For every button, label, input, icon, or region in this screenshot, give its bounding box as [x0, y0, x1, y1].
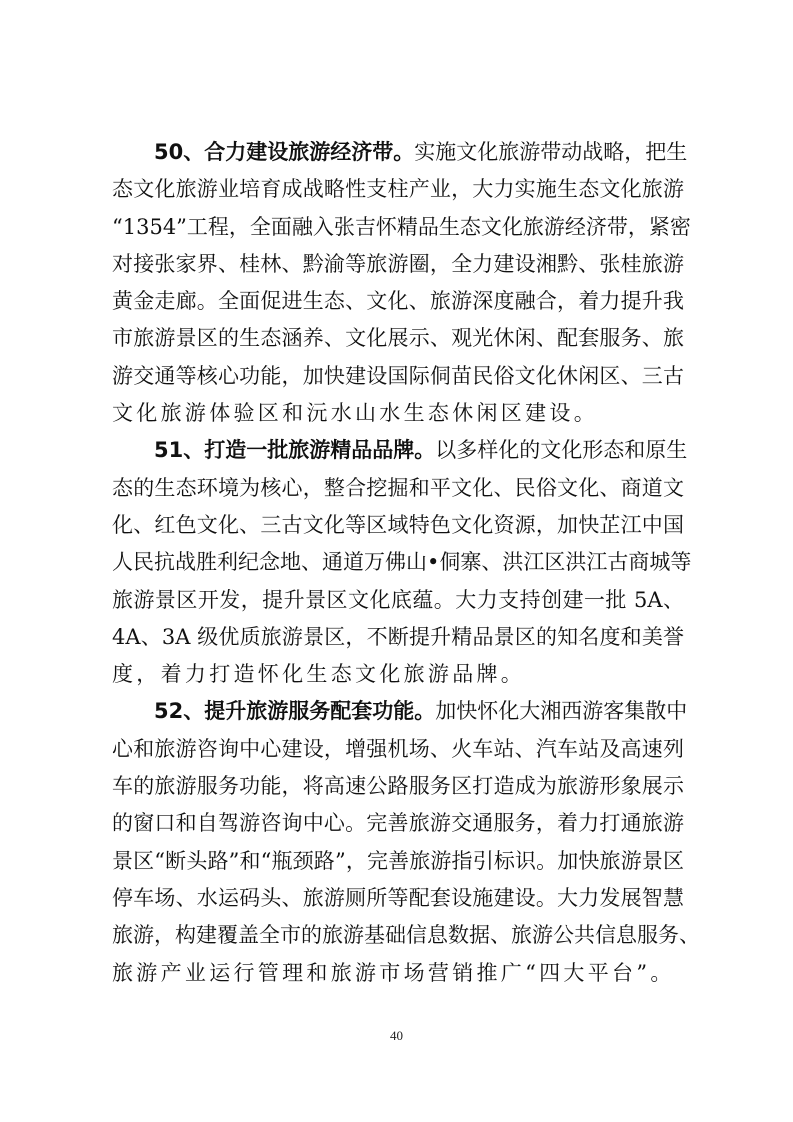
paragraph-text: 加快怀化大湘西游客集散中 — [435, 699, 687, 723]
paragraph-line: 旅游景区开发，提升景区文化底蕴。大力支持创建一批 5A、 — [112, 582, 684, 619]
paragraph-line: 态的生态环境为核心，整合挖掘和平文化、民俗文化、商道文 — [112, 470, 684, 507]
document-body: 50、合力建设旅游经济带。实施文化旅游带动战略，把生 态文化旅游业培育成战略性支… — [112, 134, 684, 992]
paragraph-line: 心和旅游咨询中心建设，增强机场、火车站、汽车站及高速列 — [112, 731, 684, 768]
paragraph-line: 人民抗战胜利纪念地、通道万佛山•侗寨、洪江区洪江古商城等 — [112, 544, 684, 581]
section-first-line: 50、合力建设旅游经济带。实施文化旅游带动战略，把生 — [112, 134, 684, 171]
paragraph-line: 度，着力打造怀化生态文化旅游品牌。 — [112, 656, 684, 693]
paragraph-line: 游交通等核心功能，加快建设国际侗苗民俗文化休闲区、三古 — [112, 358, 684, 395]
paragraph-line: 态文化旅游业培育成战略性支柱产业，大力实施生态文化旅游 — [112, 171, 684, 208]
paragraph-line: 4A、3A 级优质旅游景区，不断提升精品景区的知名度和美誉 — [112, 619, 684, 656]
paragraph-line: “1354”工程，全面融入张吉怀精品生态文化旅游经济带，紧密 — [112, 209, 684, 246]
paragraph-line: 黄金走廊。全面促进生态、文化、旅游深度融合，着力提升我 — [112, 283, 684, 320]
paragraph-text: 实施文化旅游带动战略，把生 — [414, 140, 687, 164]
section-first-line: 52、提升旅游服务配套功能。加快怀化大湘西游客集散中 — [112, 693, 684, 730]
section-52: 52、提升旅游服务配套功能。加快怀化大湘西游客集散中 心和旅游咨询中心建设，增强… — [112, 693, 684, 991]
paragraph-line: 化、红色文化、三古文化等区域特色文化资源，加快芷江中国 — [112, 507, 684, 544]
section-heading: 52、提升旅游服务配套功能。 — [154, 699, 435, 723]
paragraph-text: 以多样化的文化形态和原生 — [435, 438, 687, 462]
section-heading: 50、合力建设旅游经济带。 — [154, 140, 414, 164]
section-51: 51、打造一批旅游精品品牌。以多样化的文化形态和原生 态的生态环境为核心，整合挖… — [112, 432, 684, 693]
paragraph-line: 旅游，构建覆盖全市的旅游基础信息数据、旅游公共信息服务、 — [112, 917, 684, 954]
paragraph-line: 景区“断头路”和“瓶颈路”，完善旅游指引标识。加快旅游景区 — [112, 843, 684, 880]
paragraph-line: 市旅游景区的生态涵养、文化展示、观光休闲、配套服务、旅 — [112, 320, 684, 357]
paragraph-line: 的窗口和自驾游咨询中心。完善旅游交通服务，着力打通旅游 — [112, 805, 684, 842]
paragraph-line: 文化旅游体验区和沅水山水生态休闲区建设。 — [112, 395, 684, 432]
paragraph-line: 车的旅游服务功能，将高速公路服务区打造成为旅游形象展示 — [112, 768, 684, 805]
paragraph-line: 停车场、水运码头、旅游厕所等配套设施建设。大力发展智慧 — [112, 880, 684, 917]
section-first-line: 51、打造一批旅游精品品牌。以多样化的文化形态和原生 — [112, 432, 684, 469]
page-number: 40 — [0, 1028, 793, 1044]
section-heading: 51、打造一批旅游精品品牌。 — [154, 438, 435, 462]
paragraph-line: 对接张家界、桂林、黔渝等旅游圈，全力建设湘黔、张桂旅游 — [112, 246, 684, 283]
section-50: 50、合力建设旅游经济带。实施文化旅游带动战略，把生 态文化旅游业培育成战略性支… — [112, 134, 684, 432]
paragraph-line: 旅游产业运行管理和旅游市场营销推广“四大平台”。 — [112, 955, 684, 992]
